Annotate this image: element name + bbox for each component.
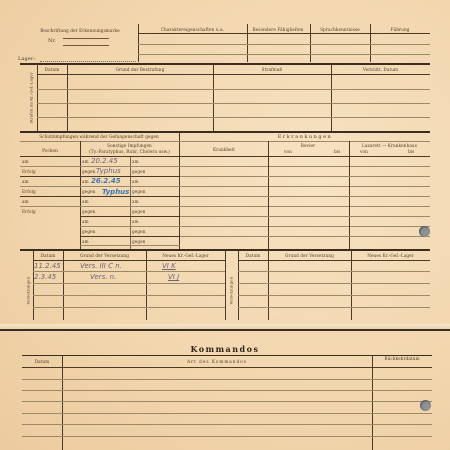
impf-row-am-1: am (22, 159, 29, 164)
cell-gegen: gegen (82, 169, 96, 174)
vers-entry-2-date: 2.3.45 (34, 273, 56, 281)
cell-gegen: gegen (82, 189, 96, 194)
cell-am: am (82, 219, 89, 224)
cell-am: am (132, 159, 139, 164)
vers-right-col-grund: Grund der Versetzung (268, 253, 351, 258)
cell-gegen: gegen (132, 209, 146, 214)
cell-am: am (82, 199, 89, 204)
kommandos-title: Kommandos (20, 344, 430, 354)
vers-entry-1-grund: Vers. III C n. (80, 262, 122, 270)
vers-right-col-datum: Datum (238, 253, 268, 258)
cell-gegen: gegen (132, 239, 146, 244)
vers-left-col-datum: Datum (33, 253, 63, 258)
erkrankungen-title: Erkrankungen (180, 134, 430, 140)
revier-bis: bis (334, 149, 340, 154)
versetzungen-side-label-left: Versetzungen (26, 265, 31, 305)
nr-field[interactable] (63, 38, 109, 46)
header-col-charakter: Charaktereigenschaften u.a. (140, 27, 245, 32)
vers-entry-1-lager: VI K (162, 262, 176, 270)
impf-entry-2-against: Typhus (102, 188, 129, 196)
header-col-sprachen: Sprachkenntnisse (310, 27, 370, 32)
strafen-col-strafmass: Strafmaß (213, 67, 331, 72)
cell-am: am (82, 159, 89, 164)
cell-am: am (82, 179, 89, 184)
revier-von: von (284, 149, 292, 154)
impf-row-am-3: am (22, 199, 29, 204)
lager-label: Lager: (18, 56, 35, 62)
lazarett-von: von (360, 149, 368, 154)
impf-row-erfolg-3: Erfolg (22, 209, 36, 214)
vers-right-col-lager: Neues Kr.-Gef.-Lager (351, 253, 430, 258)
impf-entry-2-date: 26.2.45 (91, 177, 121, 185)
impfungen-title: Schutzimpfungen während der Gefangenscha… (20, 134, 178, 139)
impfungen-col-sonstige: Sonstige Impfungen (80, 143, 179, 148)
impf-entry-1-against: Typhus (96, 167, 121, 175)
strafen-col-verbuesst: Verbüßt, Datum (331, 67, 430, 72)
impf-row-erfolg-1: Erfolg (22, 169, 36, 174)
vers-left-col-lager: Neues Kr.-Gef.-Lager (146, 253, 225, 258)
nr-label: Nr. (48, 38, 56, 44)
impf-row-erfolg-2: Erfolg (22, 189, 36, 194)
cell-am: am (82, 239, 89, 244)
kommandos-col-rueckkehr: Rückkehrdatum (372, 356, 432, 361)
cell-gegen: gegen (132, 189, 146, 194)
lager-field[interactable] (40, 61, 136, 62)
cell-am: am (132, 219, 139, 224)
erkrankungen-col-revier: Revier (268, 143, 348, 148)
cell-am: am (132, 199, 139, 204)
cell-gegen: gegen (132, 169, 146, 174)
impf-row-am-2: am (22, 179, 29, 184)
kommandos-col-art: Art des Kommandos (62, 359, 372, 364)
punch-hole (419, 226, 430, 237)
erkrankungen-col-krankheit: Krankheit (180, 147, 268, 152)
vers-entry-2-lager: VI J (168, 273, 179, 281)
cell-gegen: gegen (132, 229, 146, 234)
tag-label: Beschriftung der Erkennungsmarke (30, 28, 130, 33)
kommandos-col-datum: Datum (22, 359, 62, 364)
lazarett-bis: bis (408, 149, 414, 154)
impfungen-col-pocken: Pocken (20, 148, 80, 153)
vers-entry-1-date: 11.2.45 (34, 262, 61, 270)
cell-am: am (132, 179, 139, 184)
cell-gegen: gegen (82, 209, 96, 214)
cell-gegen: gegen (82, 229, 96, 234)
erkrankungen-col-lazarett: Lazarett — Krankenhaus (349, 143, 430, 148)
versetzungen-side-label-right: Versetzungen (229, 265, 234, 305)
strafen-col-grund: Grund der Bestrafung (67, 67, 213, 72)
header-col-fuehrung: Führung (372, 27, 428, 32)
vers-entry-2-grund: Vers. n. (90, 273, 116, 281)
punch-hole (420, 400, 431, 411)
vers-left-col-grund: Grund der Versetzung (63, 253, 146, 258)
strafen-side-label: Strafen im Kr.-Gef.-Lager (29, 70, 34, 124)
impf-entry-1-date: 20.2.45 (91, 157, 118, 165)
strafen-col-datum: Datum (37, 67, 67, 72)
impfungen-col-sonstige-sub: (Ty.-Paratyphus, Ruhr, Cholera usw.) (80, 149, 179, 154)
header-col-faehigkeiten: Besondere Fähigkeiten (247, 27, 309, 32)
